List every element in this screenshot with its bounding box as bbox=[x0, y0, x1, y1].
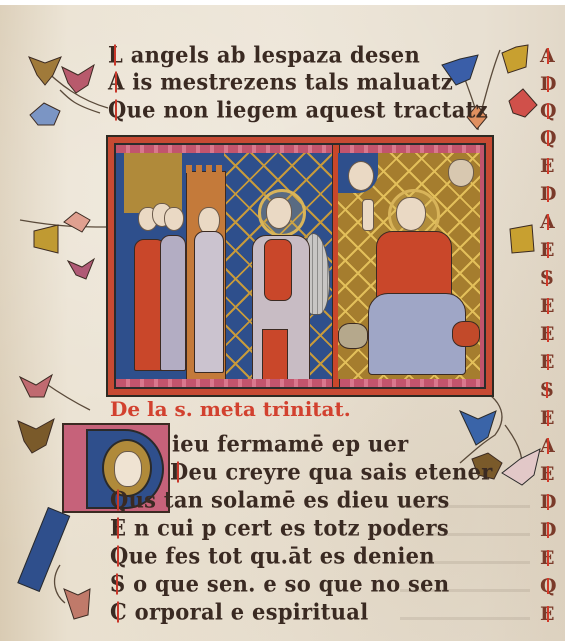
evangelist-symbol-ox bbox=[452, 321, 480, 347]
column-initial: D bbox=[540, 183, 556, 205]
column-initial: E bbox=[540, 323, 554, 345]
tower-battlements bbox=[186, 165, 224, 173]
evangelist-symbol-man bbox=[348, 161, 374, 191]
column-initial: E bbox=[540, 295, 554, 317]
line-text: is mestrezens tals maluatz bbox=[132, 68, 453, 94]
gold-ground bbox=[124, 153, 182, 213]
column-initial: E bbox=[540, 239, 554, 261]
rubric-heading: De la s. meta trinitat. bbox=[110, 397, 351, 421]
red-leaf-ornament bbox=[505, 87, 539, 119]
pink-leaf-ornament bbox=[66, 255, 96, 283]
verse-line: ieu fermamē ep uer bbox=[172, 430, 409, 456]
show-through-text bbox=[400, 505, 530, 635]
line-initial: Q bbox=[110, 542, 129, 568]
column-initial: E bbox=[540, 407, 554, 429]
frame-top-band bbox=[116, 145, 484, 153]
column-initial: E bbox=[540, 155, 554, 177]
line-initial: Q bbox=[110, 486, 129, 512]
column-initial: Q bbox=[540, 127, 557, 149]
evangelist-symbol-lion bbox=[338, 323, 368, 349]
line-initial: S bbox=[110, 570, 125, 596]
column-initial: E bbox=[540, 547, 554, 569]
column-initial: E bbox=[540, 463, 554, 485]
verse-line: S o que sen. e so que no sen bbox=[110, 570, 449, 596]
column-initial: S bbox=[540, 379, 554, 401]
pink-leaf-ornament bbox=[58, 63, 98, 97]
line-text: ieu fermamē ep uer bbox=[172, 430, 409, 456]
gold-leaf-ornament bbox=[498, 43, 532, 77]
verse-line: Que non liegem aquest tractatz bbox=[108, 96, 488, 122]
frame-bottom-band bbox=[116, 379, 484, 387]
verse-line: E n cui p cert es totz poders bbox=[110, 514, 449, 540]
blue-leaf-ornament bbox=[458, 407, 498, 447]
blessing-hand bbox=[362, 199, 374, 231]
line-text: angels ab lespaza desen bbox=[131, 41, 420, 67]
column-initial: Q bbox=[540, 100, 557, 122]
gold-leaf-ornament bbox=[30, 223, 62, 257]
verse-line: C orporal e espiritual bbox=[110, 598, 368, 624]
pink-leaf-ornament bbox=[60, 585, 94, 621]
verse-line: Qus tan solamē es dieu uers bbox=[110, 486, 450, 512]
line-initial: D bbox=[170, 458, 189, 484]
column-initial: S bbox=[540, 267, 554, 289]
frame-left-band bbox=[116, 153, 124, 379]
crowned-head-face bbox=[114, 451, 142, 487]
line-initial: L bbox=[108, 41, 123, 67]
column-initial: A bbox=[540, 45, 555, 67]
line-initial: Q bbox=[108, 96, 127, 122]
line-text: orporal e espiritual bbox=[135, 598, 369, 624]
virgin-robe bbox=[194, 231, 224, 373]
line-text: ue non liegem aquest tractatz bbox=[127, 96, 488, 122]
figure-face bbox=[164, 207, 184, 231]
column-initial: D bbox=[540, 73, 556, 95]
miniature-inner-frame bbox=[114, 143, 486, 389]
illuminated-miniature bbox=[108, 137, 492, 395]
line-text: eu creyre qua sais etener bbox=[189, 458, 493, 484]
line-initial: C bbox=[110, 598, 127, 624]
line-initial: A bbox=[108, 68, 125, 94]
verse-line: Que fes tot qu.āt es denien bbox=[110, 542, 435, 568]
verse-line: A is mestrezens tals maluatz bbox=[108, 68, 453, 94]
verse-line: Deu creyre qua sais etener bbox=[170, 458, 493, 484]
column-initial: D bbox=[540, 491, 556, 513]
christ-face bbox=[396, 197, 426, 231]
column-initial: E bbox=[540, 603, 554, 625]
gold-leaf-ornament bbox=[506, 223, 536, 257]
blue-leaf-ornament bbox=[28, 101, 62, 129]
pink-leaf-ornament bbox=[62, 210, 92, 234]
column-initial: A bbox=[540, 211, 555, 233]
christ-enthroned-panel bbox=[338, 153, 480, 379]
angel-hem bbox=[262, 329, 288, 379]
annunciation-panel bbox=[124, 153, 332, 379]
figure-robe bbox=[160, 235, 186, 371]
column-initial: D bbox=[540, 519, 556, 541]
column-initial: A bbox=[540, 435, 555, 457]
angel-face bbox=[266, 197, 292, 229]
gold-leaf-ornament bbox=[14, 415, 56, 455]
evangelist-symbol-eagle bbox=[448, 159, 474, 187]
column-initial: Q bbox=[540, 575, 557, 597]
angel-tunic bbox=[264, 239, 292, 301]
column-initial: E bbox=[540, 351, 554, 373]
initial-tail-flourish bbox=[17, 507, 70, 592]
line-initial: E bbox=[110, 514, 126, 540]
verse-line: L angels ab lespaza desen bbox=[108, 41, 420, 67]
pink-leaf-ornament bbox=[18, 373, 54, 403]
manuscript-page: L angels ab lespaza desen A is mestrezen… bbox=[0, 5, 565, 641]
pink-leaf-ornament bbox=[500, 445, 542, 489]
line-text: ue fes tot qu.āt es denien bbox=[129, 542, 435, 568]
